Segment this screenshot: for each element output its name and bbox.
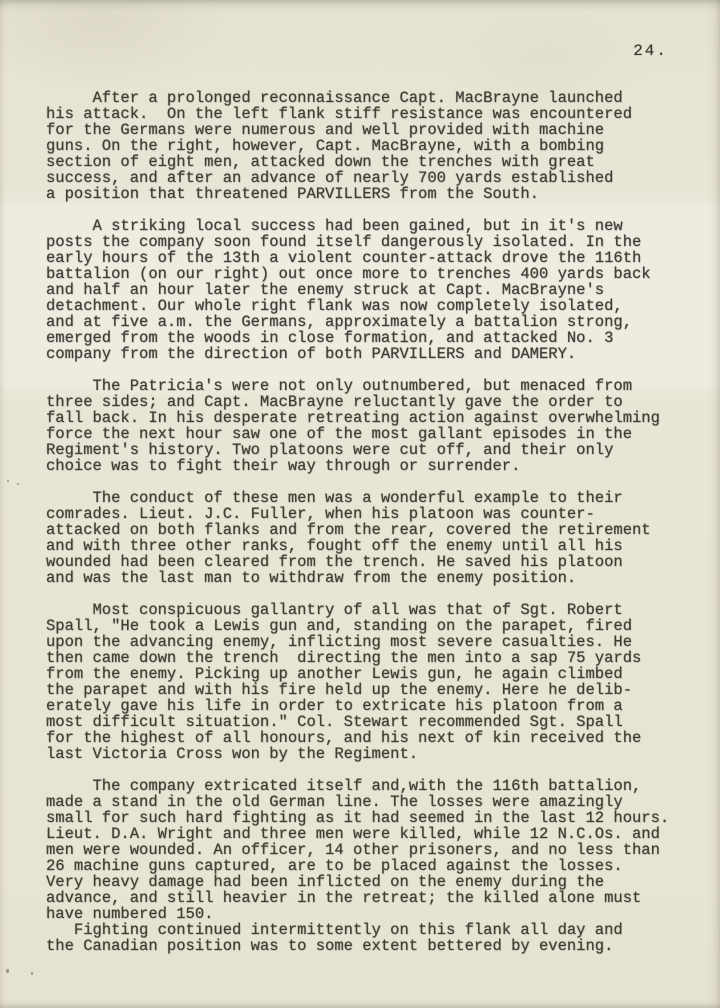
stray-mark — [6, 969, 10, 974]
stray-mark — [31, 972, 33, 975]
paragraph-2: A striking local success had been gained… — [46, 218, 700, 362]
paragraph-1: After a prolonged reconnaissance Capt. M… — [46, 90, 700, 202]
paragraph-4: The conduct of these men was a wonderful… — [46, 490, 700, 586]
stray-mark — [7, 480, 9, 482]
stray-mark — [17, 483, 19, 485]
paragraph-7: Fighting continued intermittently on thi… — [46, 922, 700, 954]
paragraph-6: The company extricated itself and,with t… — [46, 778, 700, 922]
paragraph-5: Most conspicuous gallantry of all was th… — [46, 602, 700, 762]
paragraph-3: The Patricia's were not only outnumbered… — [46, 378, 700, 474]
page-number: 24. — [633, 42, 668, 60]
document-body: After a prolonged reconnaissance Capt. M… — [46, 90, 700, 954]
document-page: 24. After a prolonged reconnaissance Cap… — [0, 0, 720, 1008]
